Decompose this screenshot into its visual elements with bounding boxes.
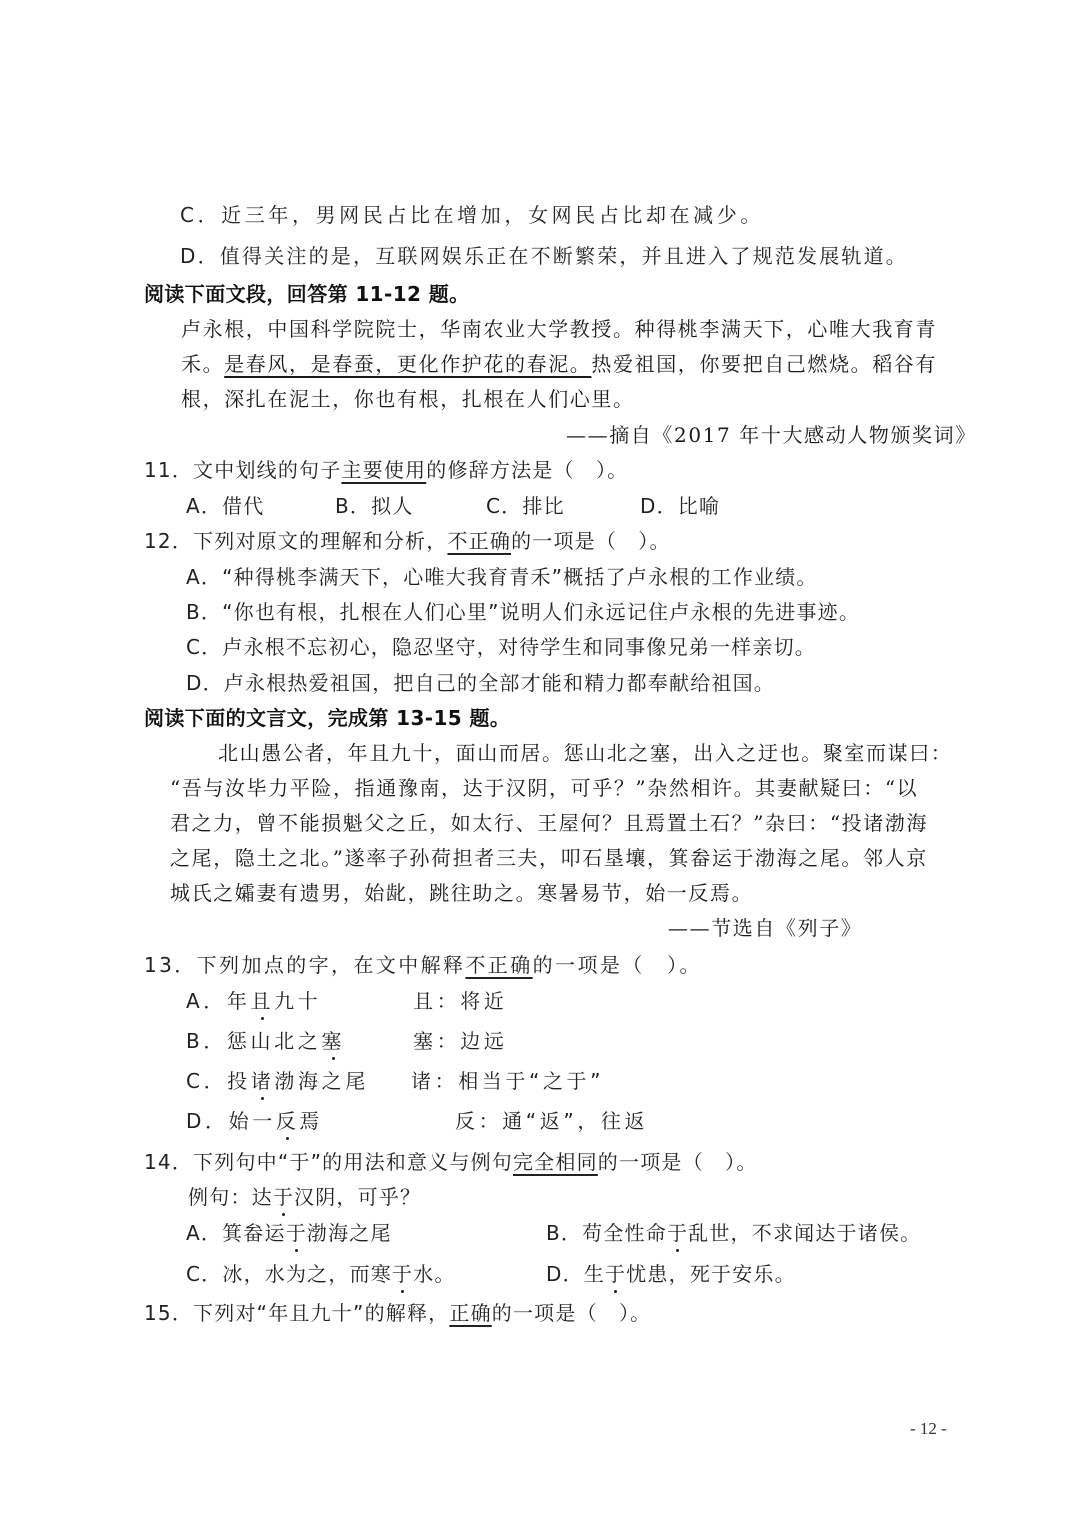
option-text: 忧患，死于安乐。 bbox=[626, 1262, 796, 1286]
passage-line: 卢永根，中国科学院院士，华南农业大学教授。种得桃李满天下，心唯大我育青 bbox=[181, 315, 937, 343]
q12-option-c: C．卢永根不忘初心，隐忍坚守，对待学生和同事像兄弟一样亲切。 bbox=[186, 633, 816, 661]
page-number: - 12 - bbox=[910, 1419, 947, 1439]
option-text: 始一 bbox=[229, 1109, 276, 1133]
option-text: 冰，水为之，而寒 bbox=[222, 1262, 392, 1286]
option-text: 水。 bbox=[413, 1262, 455, 1286]
passage-text: 热爱祖国，你要把自己燃烧。稻谷有 bbox=[591, 352, 937, 376]
option-text: 九十 bbox=[274, 989, 321, 1013]
option-label: C． bbox=[186, 1069, 227, 1093]
classical-passage-line: 城氏之孀妻有遗男，始龀，跳往助之。寒暑易节，始一反焉。 bbox=[170, 879, 753, 907]
dotted-character: 于 bbox=[286, 1221, 307, 1245]
option-text: 生 bbox=[584, 1262, 605, 1286]
q13-option-c: C．投诸渤海之尾 bbox=[186, 1067, 369, 1095]
question-text: 的一项是（ ）。 bbox=[598, 1150, 758, 1174]
prev-option-d: D．值得关注的是，互联网娱乐正在不断繁荣，并且进入了规范发展轨道。 bbox=[180, 242, 908, 270]
q11-option-d: D．比喻 bbox=[640, 492, 720, 520]
q13-gloss-c: 诸：相当于“之于” bbox=[411, 1067, 604, 1095]
question-13: 13．下列加点的字，在文中解释不正确的一项是（ ）。 bbox=[144, 951, 702, 979]
q14-option-a: A．箕畚运于渤海之尾 bbox=[186, 1219, 392, 1247]
q12-option-b: B．“你也有根，扎根在人们心里”说明人们永远记住卢永根的先进事迹。 bbox=[186, 598, 860, 626]
option-label: A． bbox=[186, 989, 227, 1013]
q11-option-b: B．拟人 bbox=[335, 492, 414, 520]
underlined-keyword: 主要使用 bbox=[341, 458, 426, 482]
prev-option-c: C．近三年，男网民占比在增加，女网民占比却在减少。 bbox=[180, 201, 764, 229]
question-text: 11．文中划线的句子 bbox=[144, 458, 341, 482]
question-text: 13．下列加点的字，在文中解释 bbox=[144, 953, 465, 977]
example-text: 汉阴，可乎？ bbox=[294, 1185, 421, 1209]
q14-example: 例句：达于汉阴，可乎？ bbox=[188, 1183, 421, 1211]
q13-gloss-d: 反：通“返”，往返 bbox=[455, 1107, 648, 1135]
dotted-character: 于 bbox=[392, 1262, 413, 1286]
dotted-character: 于 bbox=[667, 1221, 688, 1245]
option-label: C． bbox=[186, 1262, 222, 1286]
question-text: 的修辞方法是（ ）。 bbox=[426, 458, 628, 482]
underlined-keyword: 完全相同 bbox=[513, 1150, 598, 1174]
q11-option-a: A．借代 bbox=[186, 492, 264, 520]
attribution: ——节选自《列子》 bbox=[668, 914, 862, 942]
q14-option-b: B．苟全性命于乱世，不求闻达于诸侯。 bbox=[546, 1219, 921, 1247]
option-text: 年 bbox=[227, 989, 251, 1013]
classical-passage-line: “吾与汝毕力平险，指通豫南，达于汉阴，可乎？”杂然相许。其妻献疑曰：“以 bbox=[170, 774, 918, 802]
dotted-character: 且 bbox=[251, 989, 275, 1013]
underlined-keyword: 正确 bbox=[449, 1301, 491, 1325]
passage-line: 禾。是春风，是春蚕，更化作护花的春泥。热爱祖国，你要把自己燃烧。稻谷有 bbox=[181, 350, 937, 378]
q13-gloss-a: 且：将近 bbox=[413, 987, 507, 1015]
option-text: 乱世，不求闻达于诸侯。 bbox=[688, 1221, 921, 1245]
question-text: 的一项是（ ）。 bbox=[511, 529, 671, 553]
dotted-character: 塞 bbox=[321, 1029, 345, 1053]
q13-option-b: B．惩山北之塞 bbox=[186, 1027, 345, 1055]
section-heading-11-12: 阅读下面文段，回答第 11-12 题。 bbox=[144, 280, 470, 308]
dotted-character: 于 bbox=[273, 1185, 294, 1209]
example-text: 例句：达 bbox=[188, 1185, 273, 1209]
q13-option-d: D．始一反焉 bbox=[186, 1107, 323, 1135]
option-text: 渤海之尾 bbox=[274, 1069, 368, 1093]
question-text: 的一项是（ ）。 bbox=[492, 1301, 652, 1325]
q13-gloss-b: 塞：边远 bbox=[413, 1027, 507, 1055]
underlined-keyword: 不正确 bbox=[465, 953, 532, 977]
q12-option-d: D．卢永根热爱祖国，把自己的全部才能和精力都奉献给祖国。 bbox=[186, 669, 775, 697]
option-label: D． bbox=[186, 1109, 229, 1133]
dotted-character: 于 bbox=[605, 1262, 626, 1286]
question-text: 15．下列对“年且九十”的解释， bbox=[144, 1301, 449, 1325]
option-label: B． bbox=[546, 1221, 582, 1245]
underlined-keyword: 不正确 bbox=[447, 529, 511, 553]
classical-passage-line: 之尾，隐土之北。”遂率子孙荷担者三夫，叩石垦壤，箕畚运于渤海之尾。邻人京 bbox=[170, 844, 928, 872]
q11-option-c: C．排比 bbox=[486, 492, 565, 520]
dotted-character: 诸 bbox=[251, 1069, 275, 1093]
option-label: A． bbox=[186, 1221, 222, 1245]
option-label: D． bbox=[546, 1262, 584, 1286]
q14-option-c: C．冰，水为之，而寒于水。 bbox=[186, 1260, 456, 1288]
option-label: B． bbox=[186, 1029, 227, 1053]
question-14: 14．下列句中“于”的用法和意义与例句完全相同的一项是（ ）。 bbox=[144, 1148, 757, 1176]
underlined-sentence: 是春风，是春蚕，更化作护花的春泥。 bbox=[224, 352, 591, 376]
option-text: 焉 bbox=[299, 1109, 323, 1133]
option-text: 渤海之尾 bbox=[307, 1221, 392, 1245]
q13-option-a: A．年且九十 bbox=[186, 987, 321, 1015]
question-12: 12．下列对原文的理解和分析，不正确的一项是（ ）。 bbox=[144, 527, 671, 555]
option-text: 苟全性命 bbox=[582, 1221, 667, 1245]
q12-option-a: A．“种得桃李满天下，心唯大我育青禾”概括了卢永根的工作业绩。 bbox=[186, 563, 818, 591]
passage-text: 禾。 bbox=[181, 352, 224, 376]
question-11: 11．文中划线的句子主要使用的修辞方法是（ ）。 bbox=[144, 456, 628, 484]
dotted-character: 反 bbox=[276, 1109, 300, 1133]
question-text: 12．下列对原文的理解和分析， bbox=[144, 529, 447, 553]
question-text: 的一项是（ ）。 bbox=[533, 953, 702, 977]
option-text: 惩山北之 bbox=[227, 1029, 321, 1053]
question-text: 14．下列句中“于”的用法和意义与例句 bbox=[144, 1150, 513, 1174]
section-heading-13-15: 阅读下面的文言文，完成第 13-15 题。 bbox=[144, 704, 510, 732]
q14-option-d: D．生于忧患，死于安乐。 bbox=[546, 1260, 796, 1288]
option-text: 箕畚运 bbox=[222, 1221, 286, 1245]
classical-passage-line: 君之力，曾不能损魁父之丘，如太行、王屋何？且焉置土石？”杂曰：“投诸渤海 bbox=[170, 809, 928, 837]
attribution: ——摘自《2017 年十大感动人物颁奖词》 bbox=[566, 421, 977, 449]
classical-passage-line: 北山愚公者，年且九十，面山而居。惩山北之塞，出入之迂也。聚室而谋曰： bbox=[218, 739, 952, 767]
option-text: 投 bbox=[227, 1069, 251, 1093]
passage-line: 根，深扎在泥土，你也有根，扎根在人们心里。 bbox=[181, 385, 635, 413]
question-15: 15．下列对“年且九十”的解释，正确的一项是（ ）。 bbox=[144, 1299, 651, 1327]
